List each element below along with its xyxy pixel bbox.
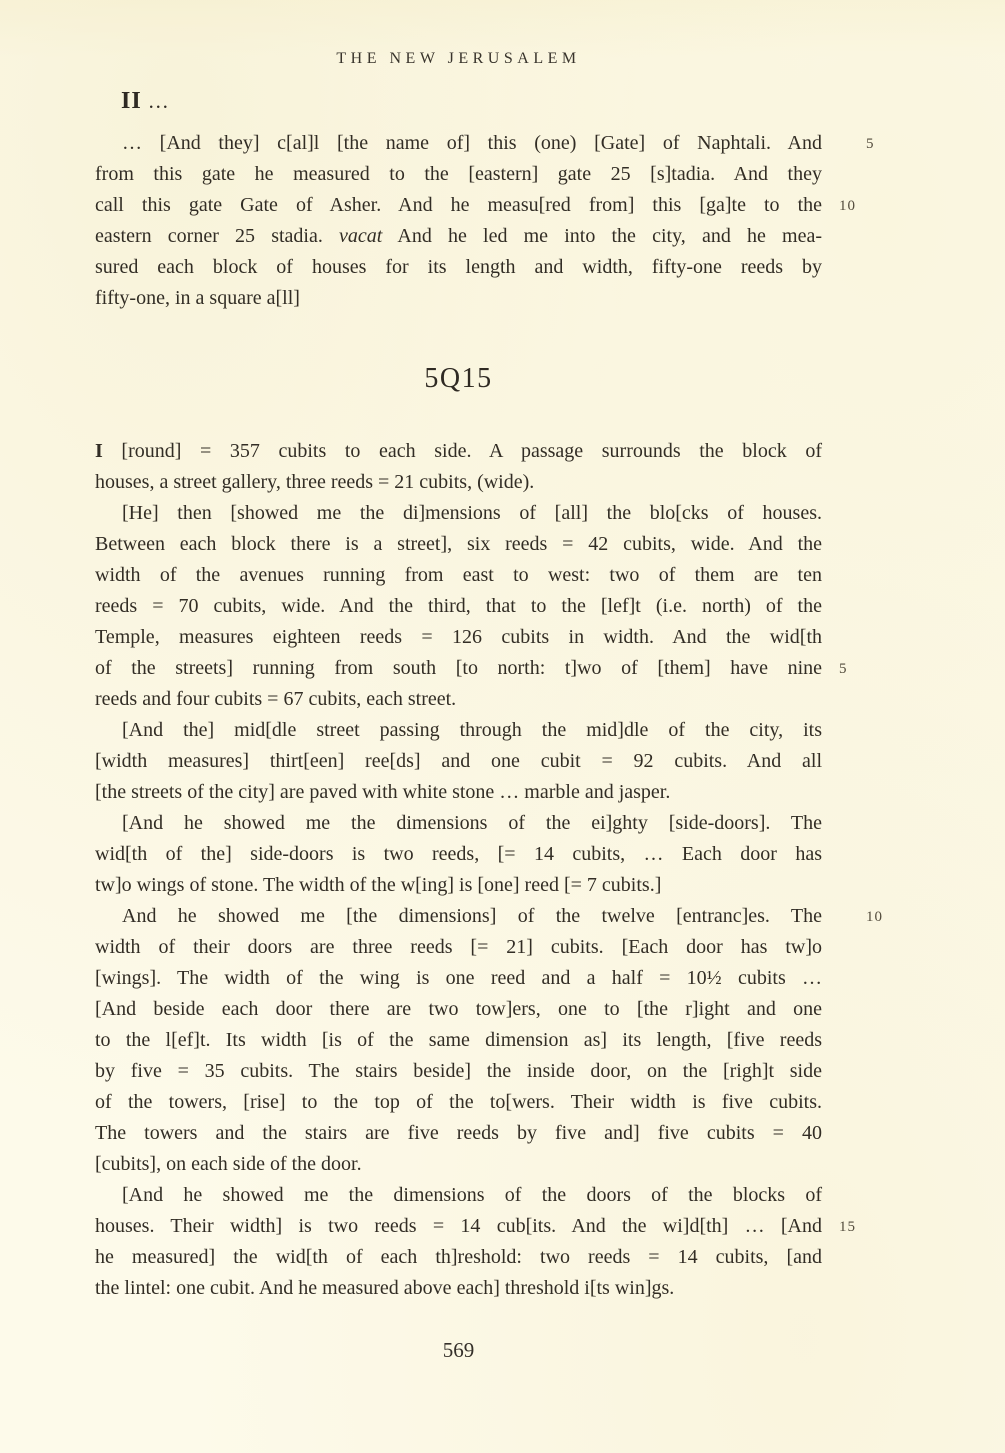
fragment-text-block: … [And they] c[al]l [the name of] this (… [95, 128, 822, 314]
text-line: The towers and the stairs are five reeds… [95, 1118, 822, 1149]
text-line: [width measures] thirt[een] ree[ds] and … [95, 746, 822, 777]
text-line: And he showed me [the dimensions] of the… [95, 901, 822, 932]
text-line: sured each block of houses for its lengt… [95, 252, 822, 283]
text-line: from this gate he measured to the [easte… [95, 159, 822, 190]
text-line: width of the avenues running from east t… [95, 560, 822, 591]
text-line: Between each block there is a street], s… [95, 529, 822, 560]
text-line: [And the] mid[dle street passing through… [95, 715, 822, 746]
text-line: of the towers, [rise] to the top of the … [95, 1087, 822, 1118]
text-line: [cubits], on each side of the door. [95, 1149, 822, 1180]
text-line: [And he showed me the dimensions of the … [95, 1180, 822, 1211]
text-line: width of their doors are three reeds [= … [95, 932, 822, 963]
book-page: THE NEW JERUSALEM II … … [And they] c[al… [0, 0, 1005, 1453]
text-line: … [And they] c[al]l [the name of] this (… [95, 128, 822, 159]
text-line: fifty-one, in a square a[ll] [95, 283, 822, 314]
text-line: [the streets of the city] are paved with… [95, 777, 822, 808]
margin-line-number: 10 [839, 902, 879, 933]
margin-line-number: 10 [839, 191, 879, 222]
running-header: THE NEW JERUSALEM [95, 50, 822, 68]
text-line: reeds and four cubits = 67 cubits, each … [95, 684, 822, 715]
text-line: houses. Their width] is two reeds = 14 c… [95, 1211, 822, 1242]
text-line: [wings]. The width of the wing is one re… [95, 963, 822, 994]
text-line: the lintel: one cubit. And he measured a… [95, 1273, 822, 1304]
margin-line-number: 15 [839, 1212, 879, 1243]
text-line: [And beside each door there are two tow]… [95, 994, 822, 1025]
text-line: of the streets] running from south [to n… [95, 653, 822, 684]
text-line: houses, a street gallery, three reeds = … [95, 467, 822, 498]
text-line: eastern corner 25 stadia. vacat And he l… [95, 221, 822, 252]
text-line: he measured] the wid[th of each th]resho… [95, 1242, 822, 1273]
margin-line-number: 5 [839, 654, 879, 685]
text-line: by five = 35 cubits. The stairs beside] … [95, 1056, 822, 1087]
text-line: wid[th of the] side-doors is two reeds, … [95, 839, 822, 870]
margin-line-number: 5 [839, 129, 879, 160]
text-line: reeds = 70 cubits, wide. And the third, … [95, 591, 822, 622]
fragment-heading: II … [121, 88, 172, 115]
text-line: call this gate Gate of Asher. And he mea… [95, 190, 822, 221]
text-line: tw]o wings of stone. The width of the w[… [95, 870, 822, 901]
section-text-block: I [round] = 357 cubits to each side. A p… [95, 436, 822, 1304]
page-number: 569 [95, 1338, 822, 1363]
text-line: [And he showed me the dimensions of the … [95, 808, 822, 839]
text-line: I [round] = 357 cubits to each side. A p… [95, 436, 822, 467]
text-line: to the l[ef]t. Its width [is of the same… [95, 1025, 822, 1056]
fragment-numeral: II [121, 88, 142, 114]
italic-term: vacat [339, 225, 382, 247]
column-numeral: I [95, 440, 103, 462]
text-line: [He] then [showed me the di]mensions of … [95, 498, 822, 529]
text-line: Temple, measures eighteen reeds = 126 cu… [95, 622, 822, 653]
fragment-ellipsis: … [148, 89, 172, 113]
section-heading: 5Q15 [95, 363, 822, 395]
